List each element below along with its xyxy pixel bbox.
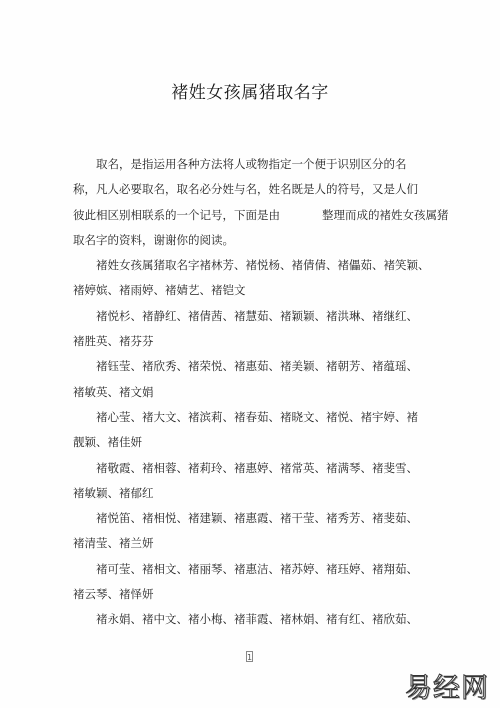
- text-line: 靓颖、褚佳妍: [50, 430, 433, 455]
- names-paragraph: 褚永娟、褚中文、褚小梅、褚菲霞、褚林娟、褚有红、褚欣茹、: [73, 607, 433, 632]
- text-segment: 整理而成的褚姓女孩属猪: [322, 208, 449, 222]
- text-line: 褚婷嫔、褚雨婷、褚婧艺、褚铠文: [50, 278, 433, 303]
- text-line: 褚可莹、褚相文、褚丽琴、褚惠洁、褚苏婷、褚珏婷、褚翔茹、: [73, 557, 433, 582]
- text-line: 彼此相区别相联系的一个记号，下面是由整理而成的褚姓女孩属猪: [50, 203, 433, 228]
- text-line: 褚清莹、褚兰妍: [50, 531, 433, 556]
- text-line: 取名，是指运用各种方法将人或物指定一个便于识别区分的名: [73, 152, 433, 177]
- intro-paragraph: 取名，是指运用各种方法将人或物指定一个便于识别区分的名 称，凡人必要取名，取名必…: [73, 152, 433, 253]
- watermark-logo: 易经网: [405, 666, 489, 705]
- text-line: 褚永娟、褚中文、褚小梅、褚菲霞、褚林娟、褚有红、褚欣茹、: [73, 607, 433, 632]
- text-segment: 彼此相区别相联系的一个记号，下面是由: [73, 208, 280, 222]
- names-paragraph: 褚敬霞、褚相蓉、褚莉玲、褚惠婷、褚常英、褚满琴、褚斐雪、 褚敏颖、褚郁红: [73, 456, 433, 507]
- names-paragraph: 褚悦笛、褚相悦、褚建颖、褚惠霞、褚干莹、褚秀芳、褚斐茹、 褚清莹、褚兰妍: [73, 506, 433, 557]
- names-paragraph: 褚心莹、褚大文、褚滨莉、褚春茹、褚晓文、褚悦、褚宇婷、褚 靓颖、褚佳妍: [73, 405, 433, 456]
- text-line: 褚敏颖、褚郁红: [50, 481, 433, 506]
- text-line: 取名字的资料，谢谢你的阅读。: [50, 228, 433, 253]
- text-line: 褚心莹、褚大文、褚滨莉、褚春茹、褚晓文、褚悦、褚宇婷、褚: [73, 405, 433, 430]
- text-line: 称，凡人必要取名，取名必分姓与名，姓名既是人的符号，又是人们: [50, 177, 433, 202]
- document-body: 取名，是指运用各种方法将人或物指定一个便于识别区分的名 称，凡人必要取名，取名必…: [73, 152, 433, 633]
- text-line: 褚胜英、褚芬芬: [50, 329, 433, 354]
- page-number: 1: [246, 651, 253, 662]
- text-line: 褚悦笛、褚相悦、褚建颖、褚惠霞、褚干莹、褚秀芳、褚斐茹、: [73, 506, 433, 531]
- text-line: 褚钰莹、褚欣秀、褚荣悦、褚惠茹、褚美颖、褚朝芳、褚蕴瑶、: [73, 354, 433, 379]
- names-paragraph: 褚姓女孩属猪取名字褚林芳、褚悦杨、褚倩倩、褚儡茹、褚笑颖、 褚婷嫔、褚雨婷、褚婧…: [73, 253, 433, 304]
- document-page: 褚姓女孩属猪取名字 取名，是指运用各种方法将人或物指定一个便于识别区分的名 称，…: [0, 0, 500, 708]
- names-paragraph: 褚悦杉、褚静红、褚倩茜、褚慧茹、褚颖颖、褚洪琳、褚继红、 褚胜英、褚芬芬: [73, 304, 433, 355]
- text-line: 褚敏英、褚文娟: [50, 380, 433, 405]
- text-line: 褚敬霞、褚相蓉、褚莉玲、褚惠婷、褚常英、褚满琴、褚斐雪、: [73, 456, 433, 481]
- names-paragraph: 褚可莹、褚相文、褚丽琴、褚惠洁、褚苏婷、褚珏婷、褚翔茹、 褚云琴、褚怿妍: [73, 557, 433, 608]
- document-title: 褚姓女孩属猪取名字: [0, 78, 500, 103]
- text-line: 褚云琴、褚怿妍: [50, 582, 433, 607]
- text-line: 褚姓女孩属猪取名字褚林芳、褚悦杨、褚倩倩、褚儡茹、褚笑颖、: [73, 253, 433, 278]
- names-paragraph: 褚钰莹、褚欣秀、褚荣悦、褚惠茹、褚美颖、褚朝芳、褚蕴瑶、 褚敏英、褚文娟: [73, 354, 433, 405]
- text-line: 褚悦杉、褚静红、褚倩茜、褚慧茹、褚颖颖、褚洪琳、褚继红、: [73, 304, 433, 329]
